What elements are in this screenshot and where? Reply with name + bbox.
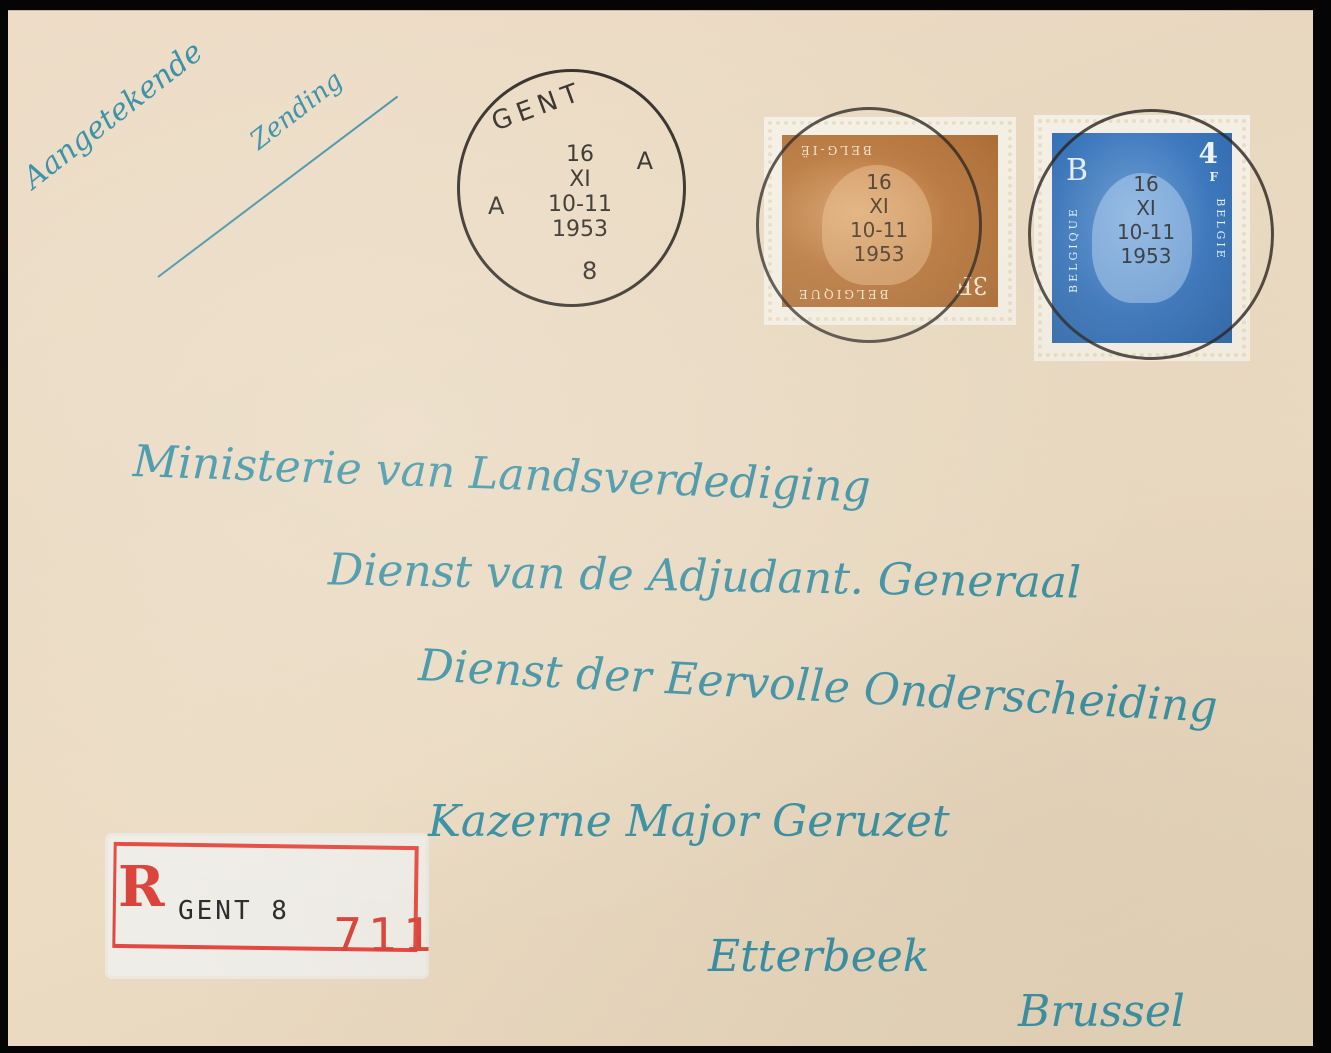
address-line-service: Dienst van de Adjudant. Generaal [328, 544, 1082, 608]
cancellation-month: XI [1111, 196, 1181, 220]
cancellation-month: XI [844, 194, 914, 218]
postmark-left-letter: A [488, 192, 504, 220]
registration-letter: R [118, 854, 165, 920]
postmark: GENT A A 16 XI 10-11 1953 8 [457, 69, 686, 307]
address-line-city: Brussel [1018, 986, 1185, 1037]
cancellation-mark: 16 XI 10-11 1953 [1028, 109, 1274, 360]
cancellation-hours: 10-11 [844, 218, 914, 242]
annotation-registered: Aangetekende [16, 34, 209, 196]
cancellation-date: 16 XI 10-11 1953 [1111, 172, 1181, 268]
registration-number: 711 [333, 908, 439, 962]
address-line-barracks: Kazerne Major Geruzet [428, 796, 950, 847]
cancellation-year: 1953 [844, 242, 914, 266]
cancellation-mark: 16 XI 10-11 1953 [756, 107, 982, 343]
cancellation-hours: 10-11 [1111, 220, 1181, 244]
envelope: Aangetekende Zending GENT A A 16 XI 10-1… [8, 10, 1313, 1046]
cancellation-day: 16 [1111, 172, 1181, 196]
postmark-day: 16 [530, 142, 630, 167]
registration-label: R GENT 8 711 [108, 836, 426, 976]
postmark-city: GENT [488, 77, 588, 138]
postmark-office: 8 [582, 257, 597, 285]
postmark-year: 1953 [530, 217, 630, 242]
postmark-hours: 10-11 [530, 192, 630, 217]
cancellation-year: 1953 [1111, 244, 1181, 268]
cancellation-day: 16 [844, 170, 914, 194]
address-line-department: Dienst der Eervolle Onderscheiding [417, 640, 1219, 733]
address-line-district: Etterbeek [708, 931, 929, 982]
cancellation-date: 16 XI 10-11 1953 [844, 170, 914, 266]
postmark-month: XI [530, 167, 630, 192]
postmark-right-letter: A [637, 147, 653, 175]
postmark-date: 16 XI 10-11 1953 [530, 142, 630, 242]
address-line-ministry: Ministerie van Landsverdediging [132, 436, 871, 513]
registration-office: GENT 8 [178, 896, 290, 926]
